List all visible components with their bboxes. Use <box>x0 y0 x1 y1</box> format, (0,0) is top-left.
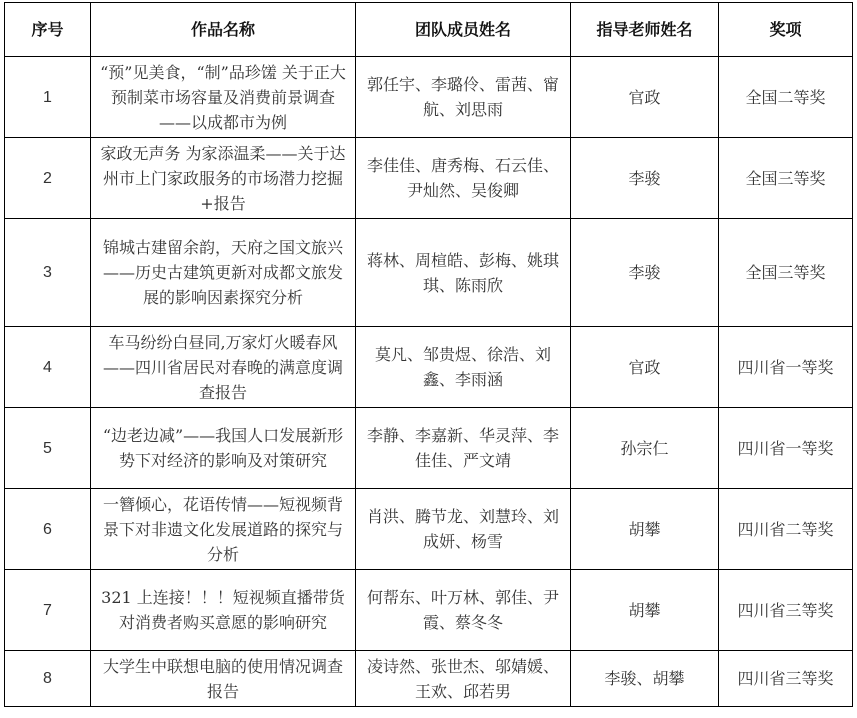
header-title: 作品名称 <box>91 3 356 57</box>
project-title: 车马纷纷白昼同,万家灯火暖春风——四川省居民对春晚的满意度调查报告 <box>91 327 356 408</box>
row-index: 3 <box>5 219 91 327</box>
table-row: 8 大学生中联想电脑的使用情况调查报告 凌诗然、张世杰、邬婧媛、王欢、邱若男 李… <box>5 651 853 707</box>
row-index: 4 <box>5 327 91 408</box>
project-title: “预”见美食，“制”品珍馐 关于正大预制菜市场容量及消费前景调查——以成都市为例 <box>91 57 356 138</box>
table-row: 1 “预”见美食，“制”品珍馐 关于正大预制菜市场容量及消费前景调查——以成都市… <box>5 57 853 138</box>
team-members: 肖洪、腾节龙、刘慧玲、刘成妍、杨雪 <box>356 489 571 570</box>
header-advisor: 指导老师姓名 <box>571 3 719 57</box>
row-index: 1 <box>5 57 91 138</box>
advisor-name: 李骏 <box>571 138 719 219</box>
project-title: “边老边减”——我国人口发展新形势下对经济的影响及对策研究 <box>91 408 356 489</box>
team-members: 莫凡、邹贵煜、徐浩、刘鑫、李雨涵 <box>356 327 571 408</box>
row-index: 7 <box>5 570 91 651</box>
header-members: 团队成员姓名 <box>356 3 571 57</box>
advisor-name: 孙宗仁 <box>571 408 719 489</box>
project-title: 家政无声务 为家添温柔——关于达州市上门家政服务的市场潜力挖掘+报告 <box>91 138 356 219</box>
team-members: 何帮东、叶万林、郭佳、尹霞、蔡冬冬 <box>356 570 571 651</box>
award-level: 四川省二等奖 <box>719 489 853 570</box>
header-row: 序号 作品名称 团队成员姓名 指导老师姓名 奖项 <box>5 3 853 57</box>
advisor-name: 胡攀 <box>571 489 719 570</box>
award-level: 全国三等奖 <box>719 219 853 327</box>
team-members: 郭任宇、李璐伶、雷茜、甯航、刘思雨 <box>356 57 571 138</box>
project-title: 一簪倾心，花语传情——短视频背景下对非遗文化发展道路的探究与分析 <box>91 489 356 570</box>
row-index: 2 <box>5 138 91 219</box>
advisor-name: 官政 <box>571 57 719 138</box>
team-members: 蒋林、周楦皓、彭梅、姚琪琪、陈雨欣 <box>356 219 571 327</box>
table-row: 7 321 上连接！！！短视频直播带货对消费者购买意愿的影响研究 何帮东、叶万林… <box>5 570 853 651</box>
header-award: 奖项 <box>719 3 853 57</box>
team-members: 凌诗然、张世杰、邬婧媛、王欢、邱若男 <box>356 651 571 707</box>
table-row: 5 “边老边减”——我国人口发展新形势下对经济的影响及对策研究 李静、李嘉新、华… <box>5 408 853 489</box>
award-level: 四川省三等奖 <box>719 651 853 707</box>
team-members: 李佳佳、唐秀梅、石云佳、尹灿然、吴俊卿 <box>356 138 571 219</box>
advisor-name: 李骏 <box>571 219 719 327</box>
table-row: 4 车马纷纷白昼同,万家灯火暖春风——四川省居民对春晚的满意度调查报告 莫凡、邹… <box>5 327 853 408</box>
advisor-name: 胡攀 <box>571 570 719 651</box>
advisor-name: 官政 <box>571 327 719 408</box>
project-title: 321 上连接！！！短视频直播带货对消费者购买意愿的影响研究 <box>91 570 356 651</box>
table-row: 3 锦城古建留余韵，天府之国文旅兴——历史古建筑更新对成都文旅发展的影响因素探究… <box>5 219 853 327</box>
team-members: 李静、李嘉新、华灵萍、李佳佳、严文靖 <box>356 408 571 489</box>
award-level: 全国二等奖 <box>719 57 853 138</box>
row-index: 8 <box>5 651 91 707</box>
award-level: 全国三等奖 <box>719 138 853 219</box>
award-level: 四川省一等奖 <box>719 327 853 408</box>
advisor-name: 李骏、胡攀 <box>571 651 719 707</box>
table-row: 2 家政无声务 为家添温柔——关于达州市上门家政服务的市场潜力挖掘+报告 李佳佳… <box>5 138 853 219</box>
project-title: 锦城古建留余韵，天府之国文旅兴——历史古建筑更新对成都文旅发展的影响因素探究分析 <box>91 219 356 327</box>
header-index: 序号 <box>5 3 91 57</box>
row-index: 5 <box>5 408 91 489</box>
project-title: 大学生中联想电脑的使用情况调查报告 <box>91 651 356 707</box>
awards-table: 序号 作品名称 团队成员姓名 指导老师姓名 奖项 1 “预”见美食，“制”品珍馐… <box>4 2 853 707</box>
table-row: 6 一簪倾心，花语传情——短视频背景下对非遗文化发展道路的探究与分析 肖洪、腾节… <box>5 489 853 570</box>
award-level: 四川省三等奖 <box>719 570 853 651</box>
row-index: 6 <box>5 489 91 570</box>
award-level: 四川省一等奖 <box>719 408 853 489</box>
